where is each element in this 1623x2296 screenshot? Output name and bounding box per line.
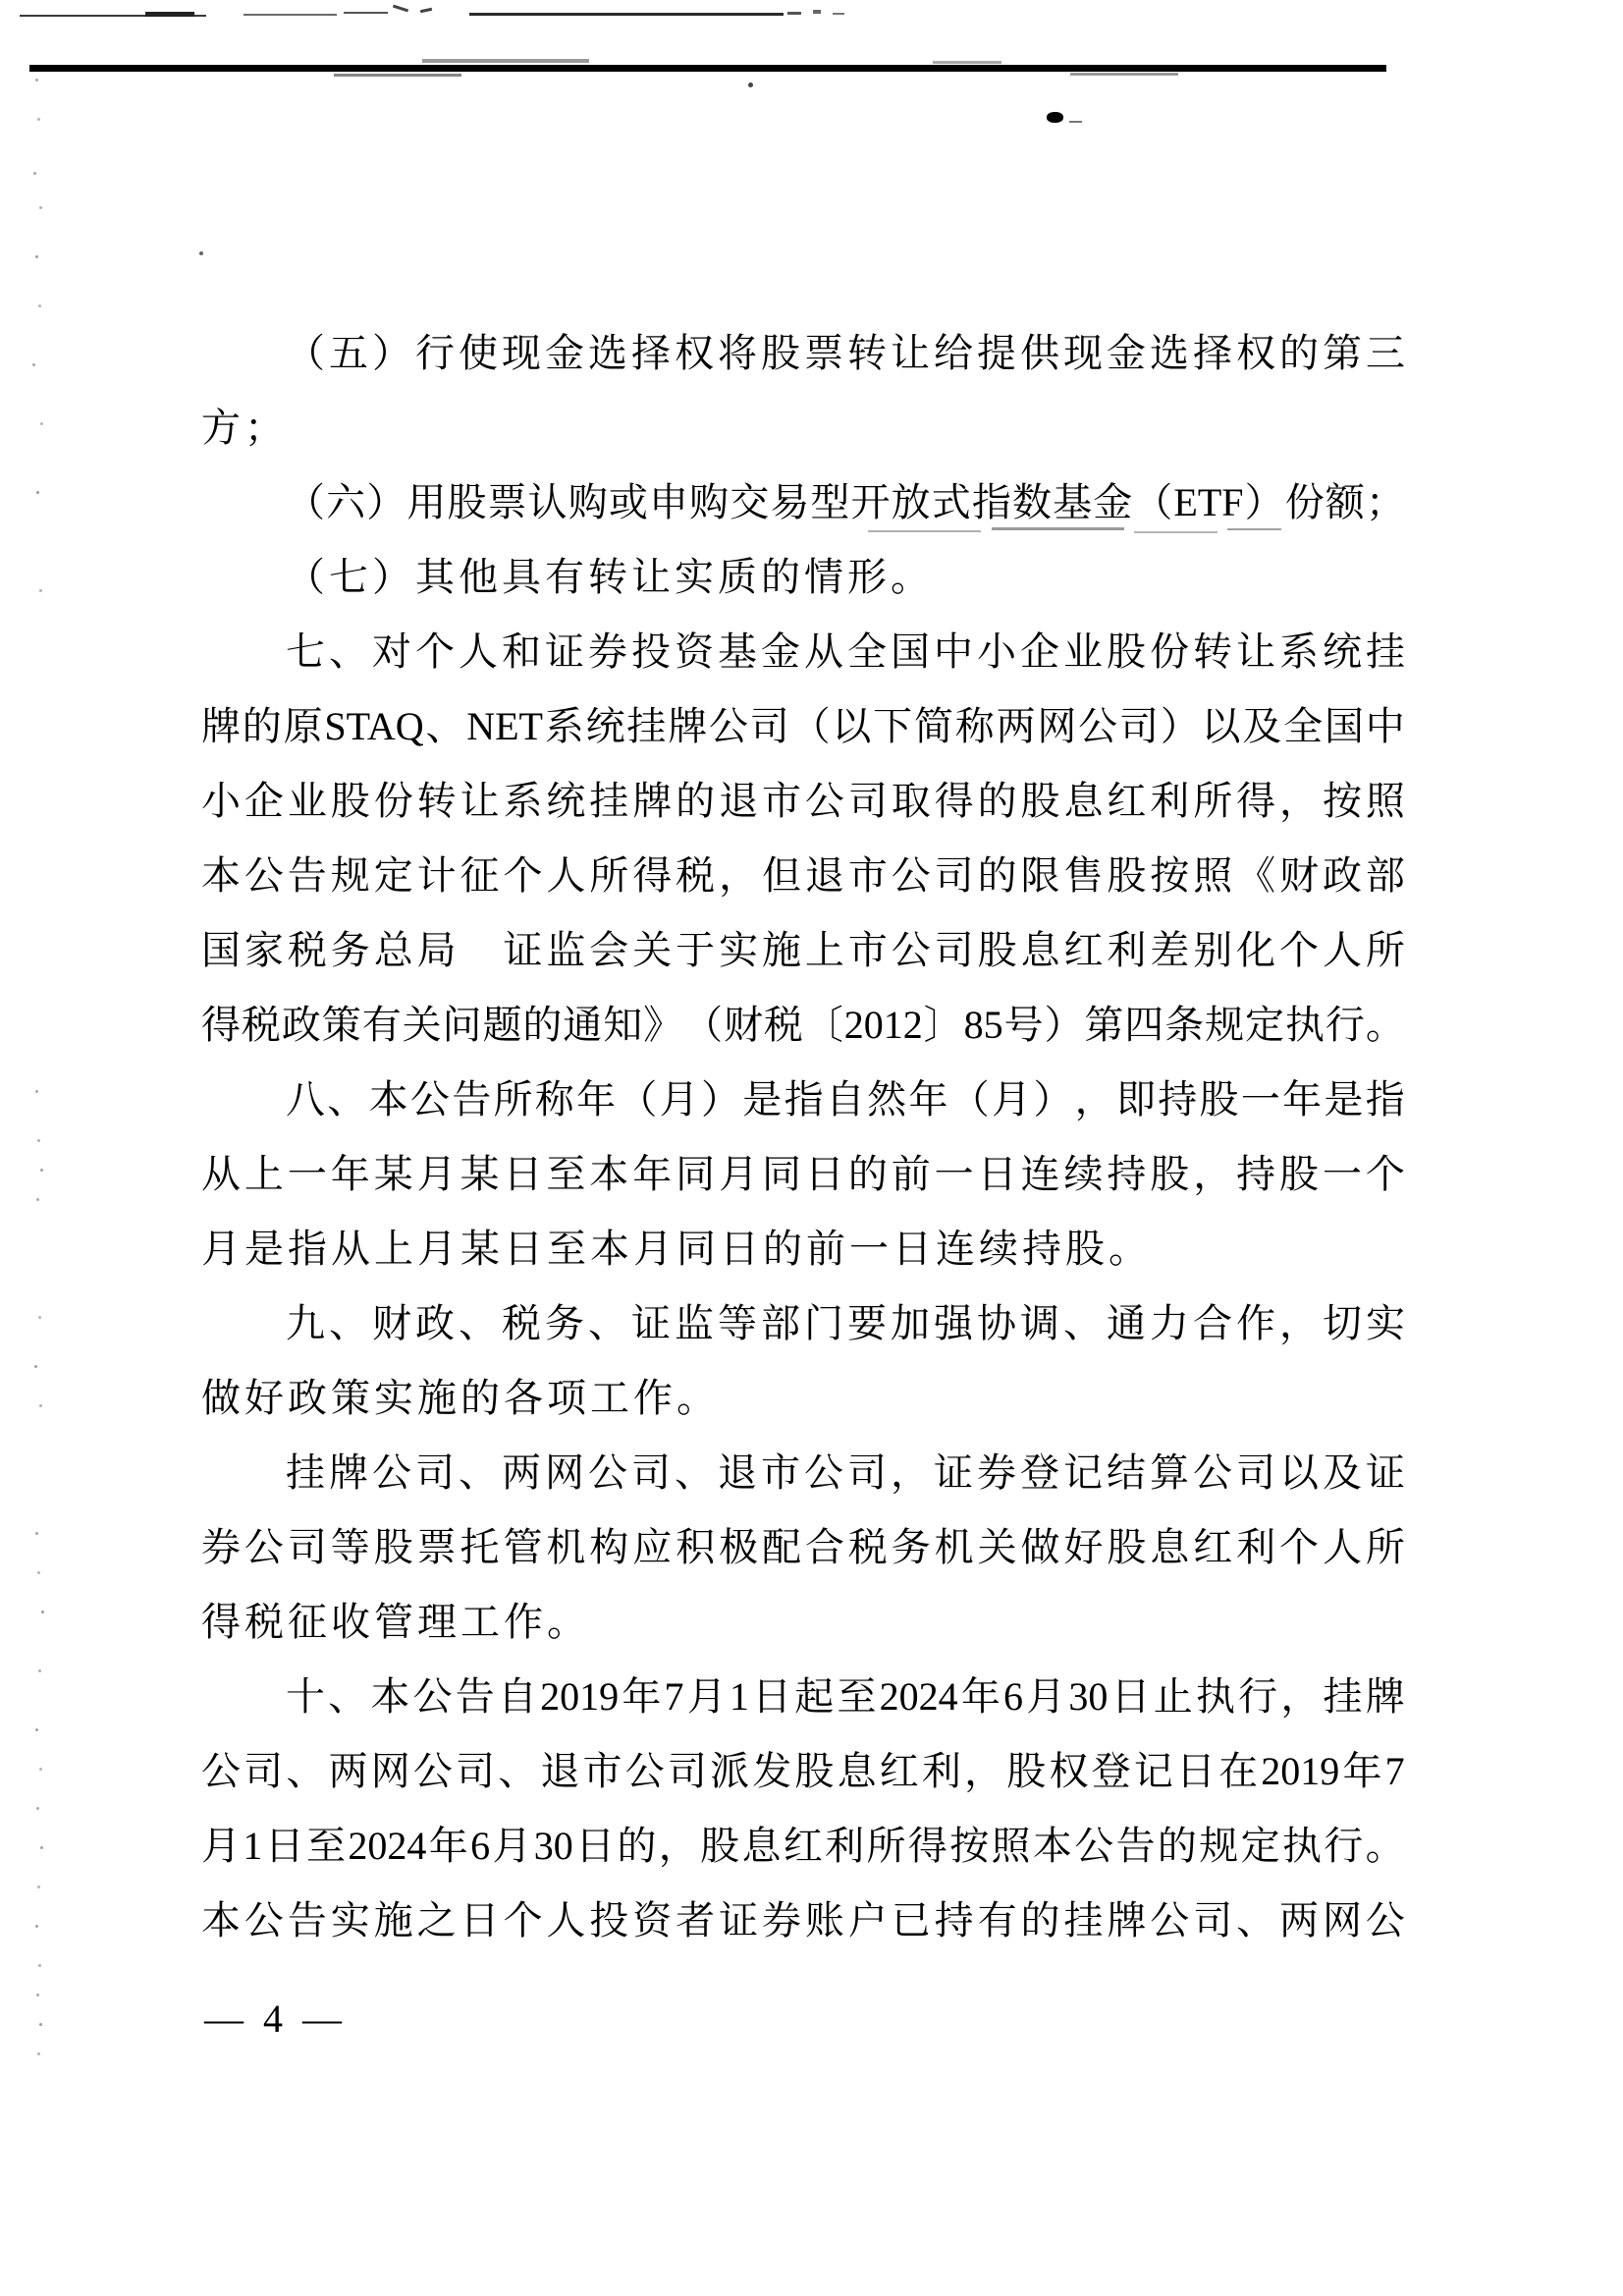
- text-line-item-5: （五）行使现金选择权将股票转让给提供现金选择权的第三: [201, 316, 1405, 391]
- text-line-article-8: 八、本公告所称年（月）是指自然年（月），即持股一年是指: [201, 1063, 1405, 1137]
- document-body: （五）行使现金选择权将股票转让给提供现金选择权的第三 方； （六）用股票认购或申…: [201, 316, 1405, 1958]
- scan-artifact-dot: [748, 82, 753, 87]
- header-rule-line: [29, 65, 1386, 72]
- text-line: 牌的原STAQ、NET系统挂牌公司（以下简称两网公司）以及全国中: [201, 689, 1405, 764]
- text-line: 月1日至2024年6月30日的，股息红利所得按照本公告的规定执行。: [201, 1809, 1405, 1884]
- text-line: 小企业股份转让系统挂牌的退市公司取得的股息红利所得，按照: [201, 764, 1405, 839]
- text-line: 得税政策有关问题的通知》（财税〔2012〕85号）第四条规定执行。: [201, 988, 1405, 1063]
- text-line: 做好政策实施的各项工作。: [201, 1361, 1405, 1436]
- text-line: 得税征收管理工作。: [201, 1585, 1405, 1660]
- scan-artifact-fuzz: [933, 61, 1001, 64]
- scan-artifact-speck: [787, 12, 801, 15]
- scan-artifact-dash: [1069, 121, 1082, 123]
- text-line-item-5-cont: 方；: [201, 391, 1405, 465]
- scan-artifact-speck: [813, 10, 821, 14]
- scan-artifact-ink-blob: [1047, 112, 1063, 123]
- text-line: 从上一年某月某日至本年同月同日的前一日连续持股，持股一个: [201, 1137, 1405, 1212]
- text-line-article-9: 九、财政、税务、证监等部门要加强协调、通力合作，切实: [201, 1286, 1405, 1361]
- text-line: 月是指从上月某日至本月同日的前一日连续持股。: [201, 1212, 1405, 1286]
- scanned-document-page: （五）行使现金选择权将股票转让给提供现金选择权的第三 方； （六）用股票认购或申…: [0, 0, 1623, 2296]
- scan-artifact-fuzz: [334, 74, 461, 77]
- scan-noise-margin: [35, 79, 38, 82]
- text-line: 本公告规定计征个人所得税，但退市公司的限售股按照《财政部: [201, 839, 1405, 913]
- scan-artifact-dot: [199, 251, 203, 255]
- text-line: 挂牌公司、两网公司、退市公司，证券登记结算公司以及证: [201, 1436, 1405, 1510]
- scan-artifact-top-dash: [469, 13, 784, 16]
- scan-artifact-top-blob: [145, 12, 194, 17]
- scan-artifact-top-dash: [243, 14, 337, 16]
- text-line-article-10: 十、本公告自2019年7月1日起至2024年6月30日止执行，挂牌: [201, 1660, 1405, 1734]
- scan-artifact-fuzz: [1070, 73, 1178, 76]
- scan-artifact-top-dash: [344, 12, 388, 14]
- text-line: 国家税务总局 证监会关于实施上市公司股息红利差别化个人所: [201, 913, 1405, 988]
- scan-artifact-mark: [393, 5, 408, 13]
- scan-artifact-speck: [833, 13, 844, 15]
- text-line-item-6: （六）用股票认购或申购交易型开放式指数基金（ETF）份额；: [201, 465, 1405, 540]
- text-line: 券公司等股票托管机构应积极配合税务机关做好股息红利个人所: [201, 1510, 1405, 1585]
- page-number: — 4 —: [204, 1995, 347, 2042]
- text-line-article-7: 七、对个人和证券投资基金从全国中小企业股份转让系统挂: [201, 615, 1405, 689]
- text-line: 公司、两网公司、退市公司派发股息红利，股权登记日在2019年7: [201, 1734, 1405, 1809]
- scan-artifact-mark: [420, 8, 432, 13]
- text-line: 本公告实施之日个人投资者证券账户已持有的挂牌公司、两网公: [201, 1884, 1405, 1958]
- scan-artifact-fuzz: [422, 59, 589, 63]
- text-line-item-7: （七）其他具有转让实质的情形。: [201, 540, 1405, 615]
